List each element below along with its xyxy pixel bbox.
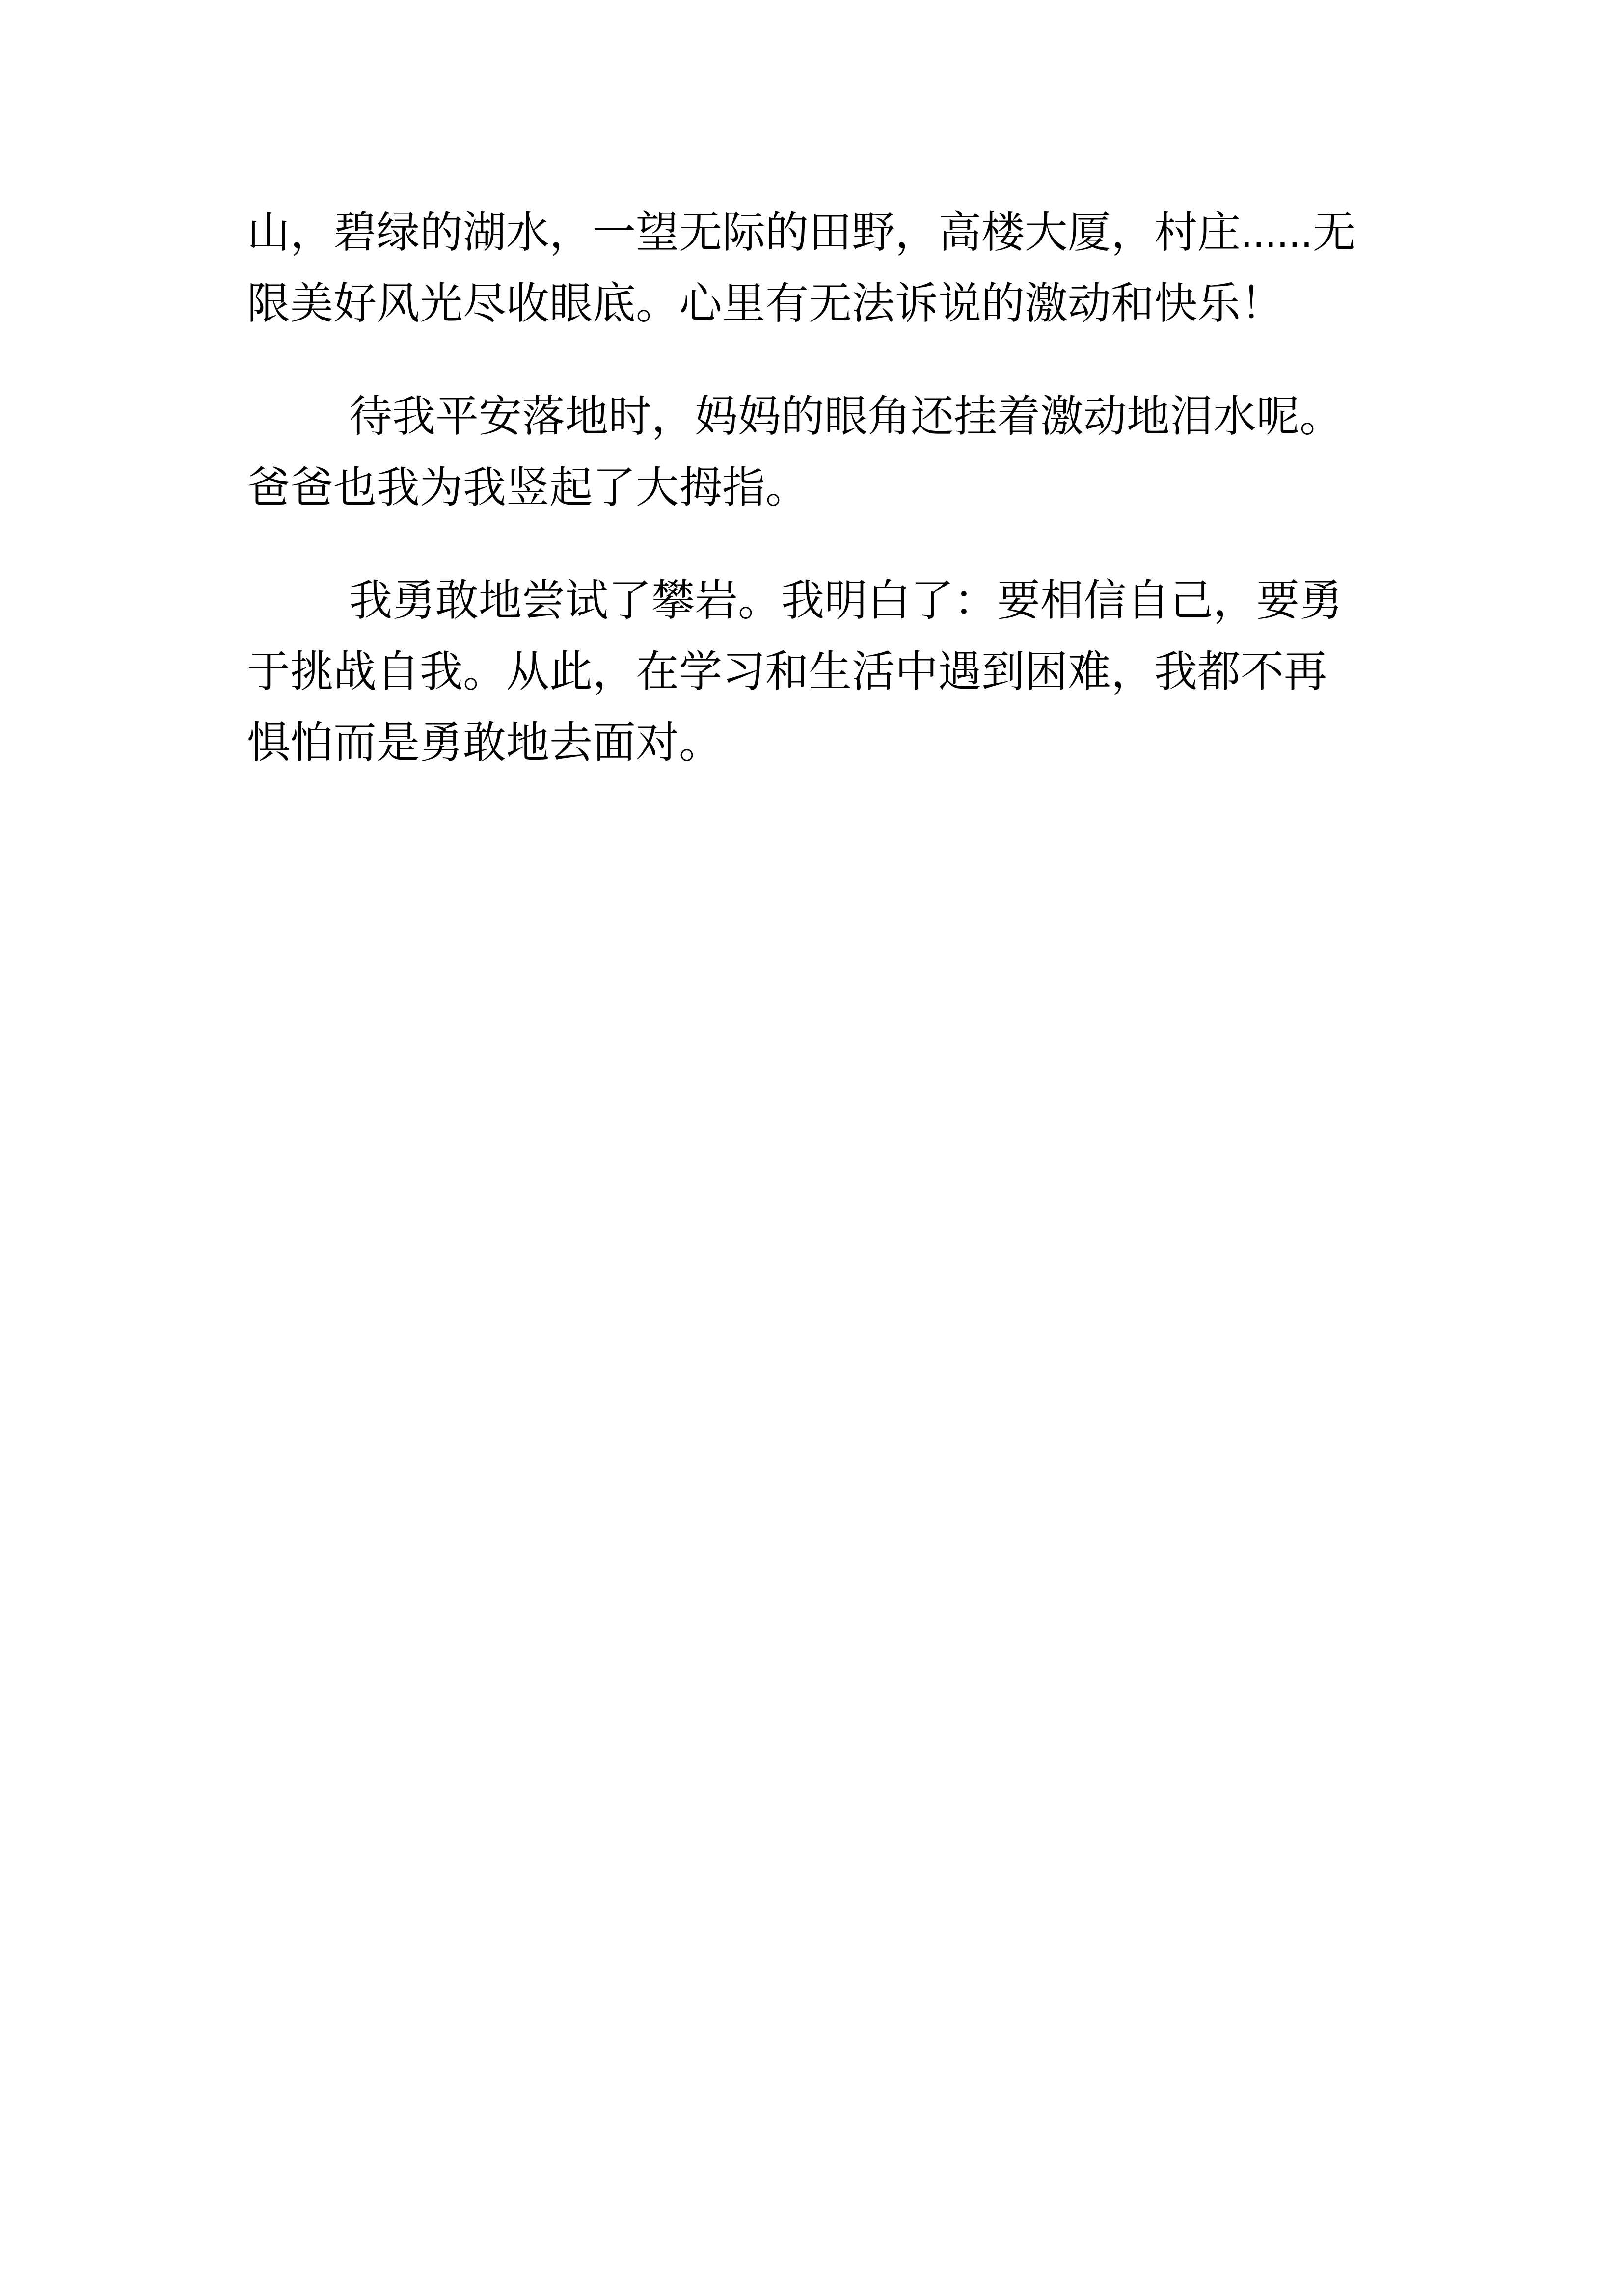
text-line: 惧怕而是勇敢地去面对。 bbox=[247, 707, 1415, 778]
text-block: 山，碧绿的湖水，一望无际的田野，高楼大厦，村庄......无限美好风光尽收眼底。… bbox=[247, 196, 1415, 820]
text-line: 限美好风光尽收眼底。心里有无法诉说的激动和快乐！ bbox=[247, 267, 1415, 339]
document-page: 山，碧绿的湖水，一望无际的田野，高楼大厦，村庄......无限美好风光尽收眼底。… bbox=[0, 0, 1624, 2296]
paragraph: 待我平安落地时，妈妈的眼角还挂着激动地泪水呢。爸爸也我为我竖起了大拇指。 bbox=[247, 380, 1415, 523]
paragraph: 山，碧绿的湖水，一望无际的田野，高楼大厦，村庄......无限美好风光尽收眼底。… bbox=[247, 196, 1415, 339]
text-line: 山，碧绿的湖水，一望无际的田野，高楼大厦，村庄......无 bbox=[247, 196, 1415, 267]
text-line: 待我平安落地时，妈妈的眼角还挂着激动地泪水呢。 bbox=[247, 380, 1415, 452]
text-line: 爸爸也我为我竖起了大拇指。 bbox=[247, 452, 1415, 523]
text-line: 我勇敢地尝试了攀岩。我明白了：要相信自己，要勇 bbox=[247, 564, 1415, 636]
text-line: 于挑战自我。从此，在学习和生活中遇到困难，我都不再 bbox=[247, 636, 1415, 707]
paragraph: 我勇敢地尝试了攀岩。我明白了：要相信自己，要勇于挑战自我。从此，在学习和生活中遇… bbox=[247, 564, 1415, 778]
